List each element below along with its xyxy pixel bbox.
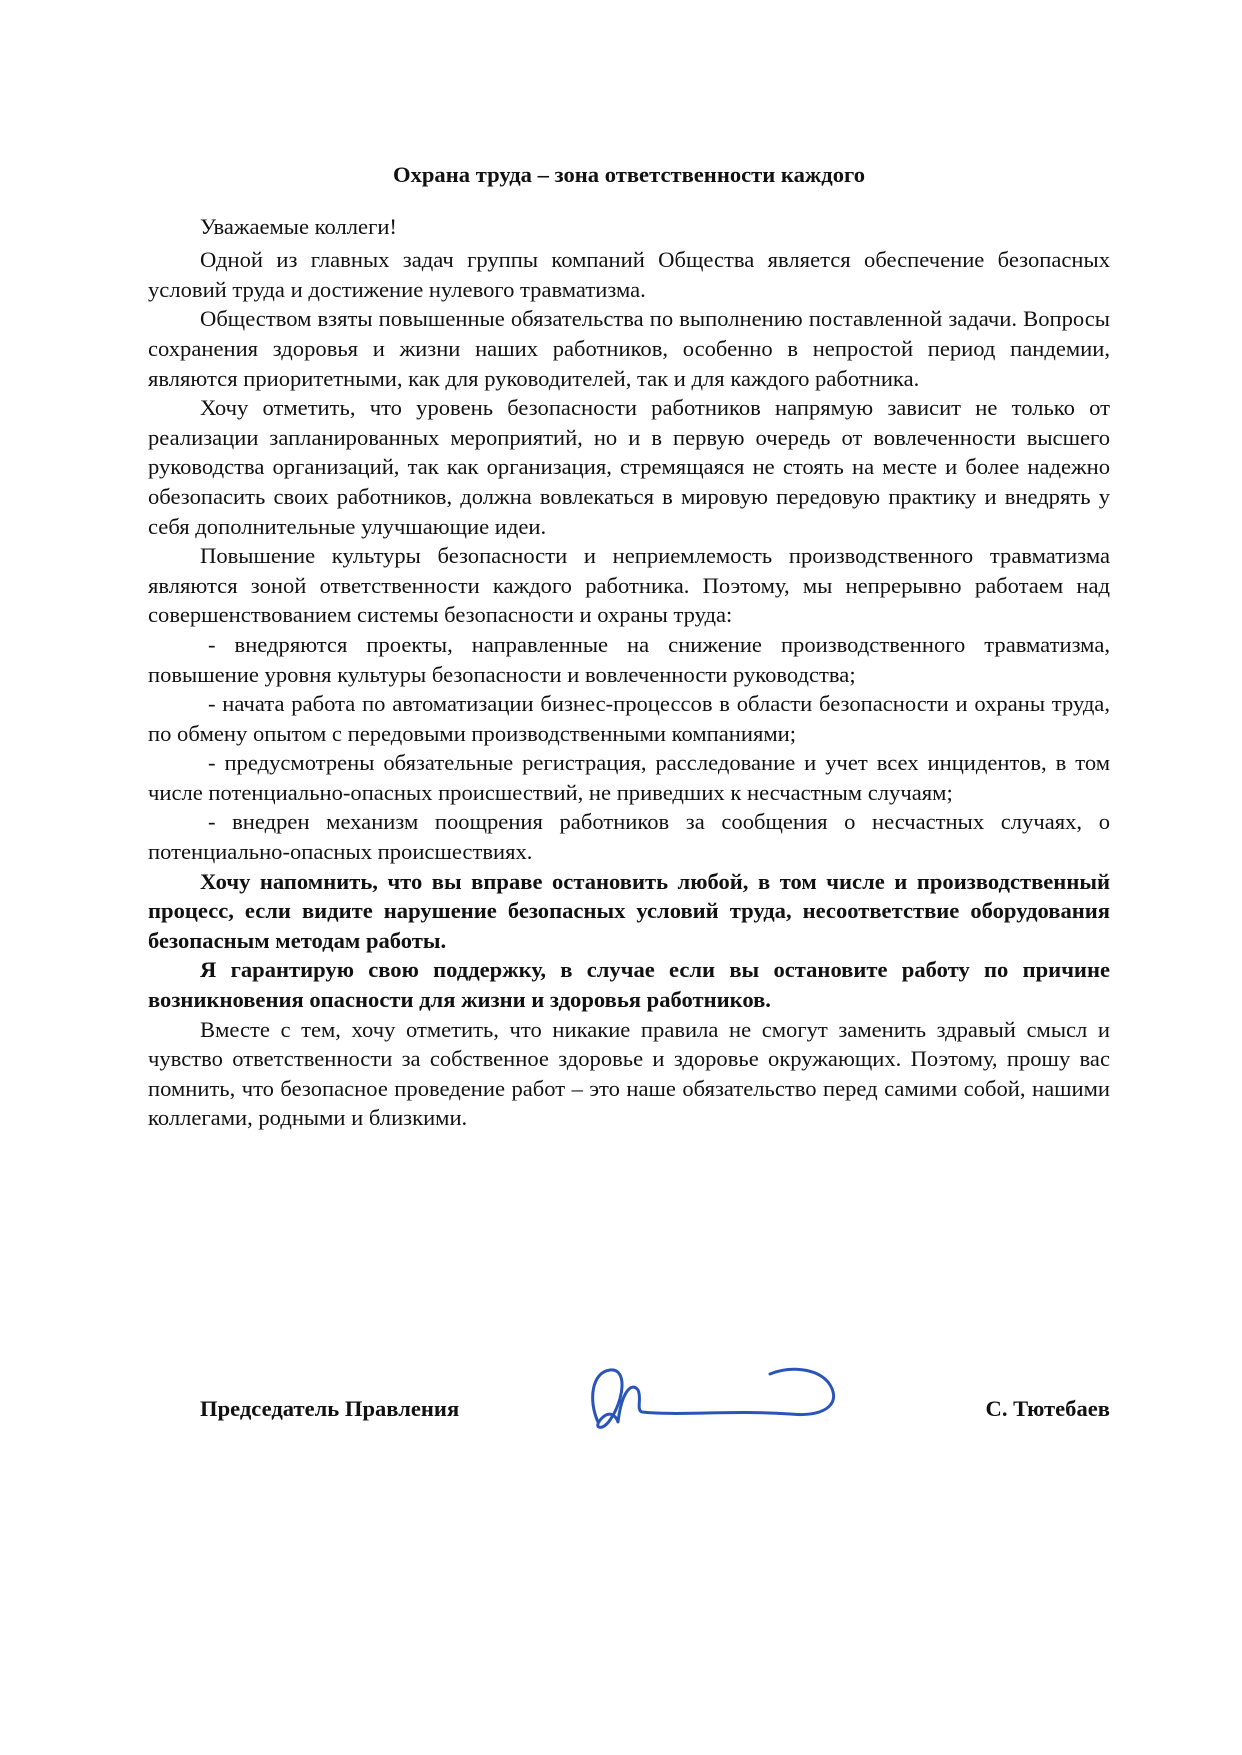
list-item: - начата работа по автоматизации бизнес-… (148, 689, 1110, 748)
signature-block: Председатель Правления С. Тютебаев (200, 1360, 1110, 1440)
handwritten-signature-icon (580, 1360, 880, 1440)
greeting: Уважаемые коллеги! (148, 212, 1110, 242)
list-item: - предусмотрены обязательные регистрация… (148, 748, 1110, 807)
emphasis-paragraph: Хочу напомнить, что вы вправе остановить… (148, 867, 1110, 956)
paragraph: Одной из главных задач группы компаний О… (148, 245, 1110, 304)
paragraph: Повышение культуры безопасности и неприе… (148, 541, 1110, 630)
emphasis-paragraph: Я гарантирую свою поддержку, в случае ес… (148, 955, 1110, 1014)
paragraph: Вместе с тем, хочу отметить, что никакие… (148, 1015, 1110, 1133)
list-item: - внедрен механизм поощрения работников … (148, 807, 1110, 866)
list-item: - внедряются проекты, направленные на сн… (148, 630, 1110, 689)
paragraph: Обществом взяты повышенные обязательства… (148, 304, 1110, 393)
signer-name: С. Тютебаев (986, 1396, 1110, 1422)
paragraph: Хочу отметить, что уровень безопасности … (148, 393, 1110, 541)
signer-role: Председатель Правления (200, 1396, 459, 1422)
document-page: Охрана труда – зона ответственности кажд… (0, 0, 1242, 1755)
document-title: Охрана труда – зона ответственности кажд… (148, 160, 1110, 190)
letter-body: Охрана труда – зона ответственности кажд… (148, 160, 1110, 1133)
